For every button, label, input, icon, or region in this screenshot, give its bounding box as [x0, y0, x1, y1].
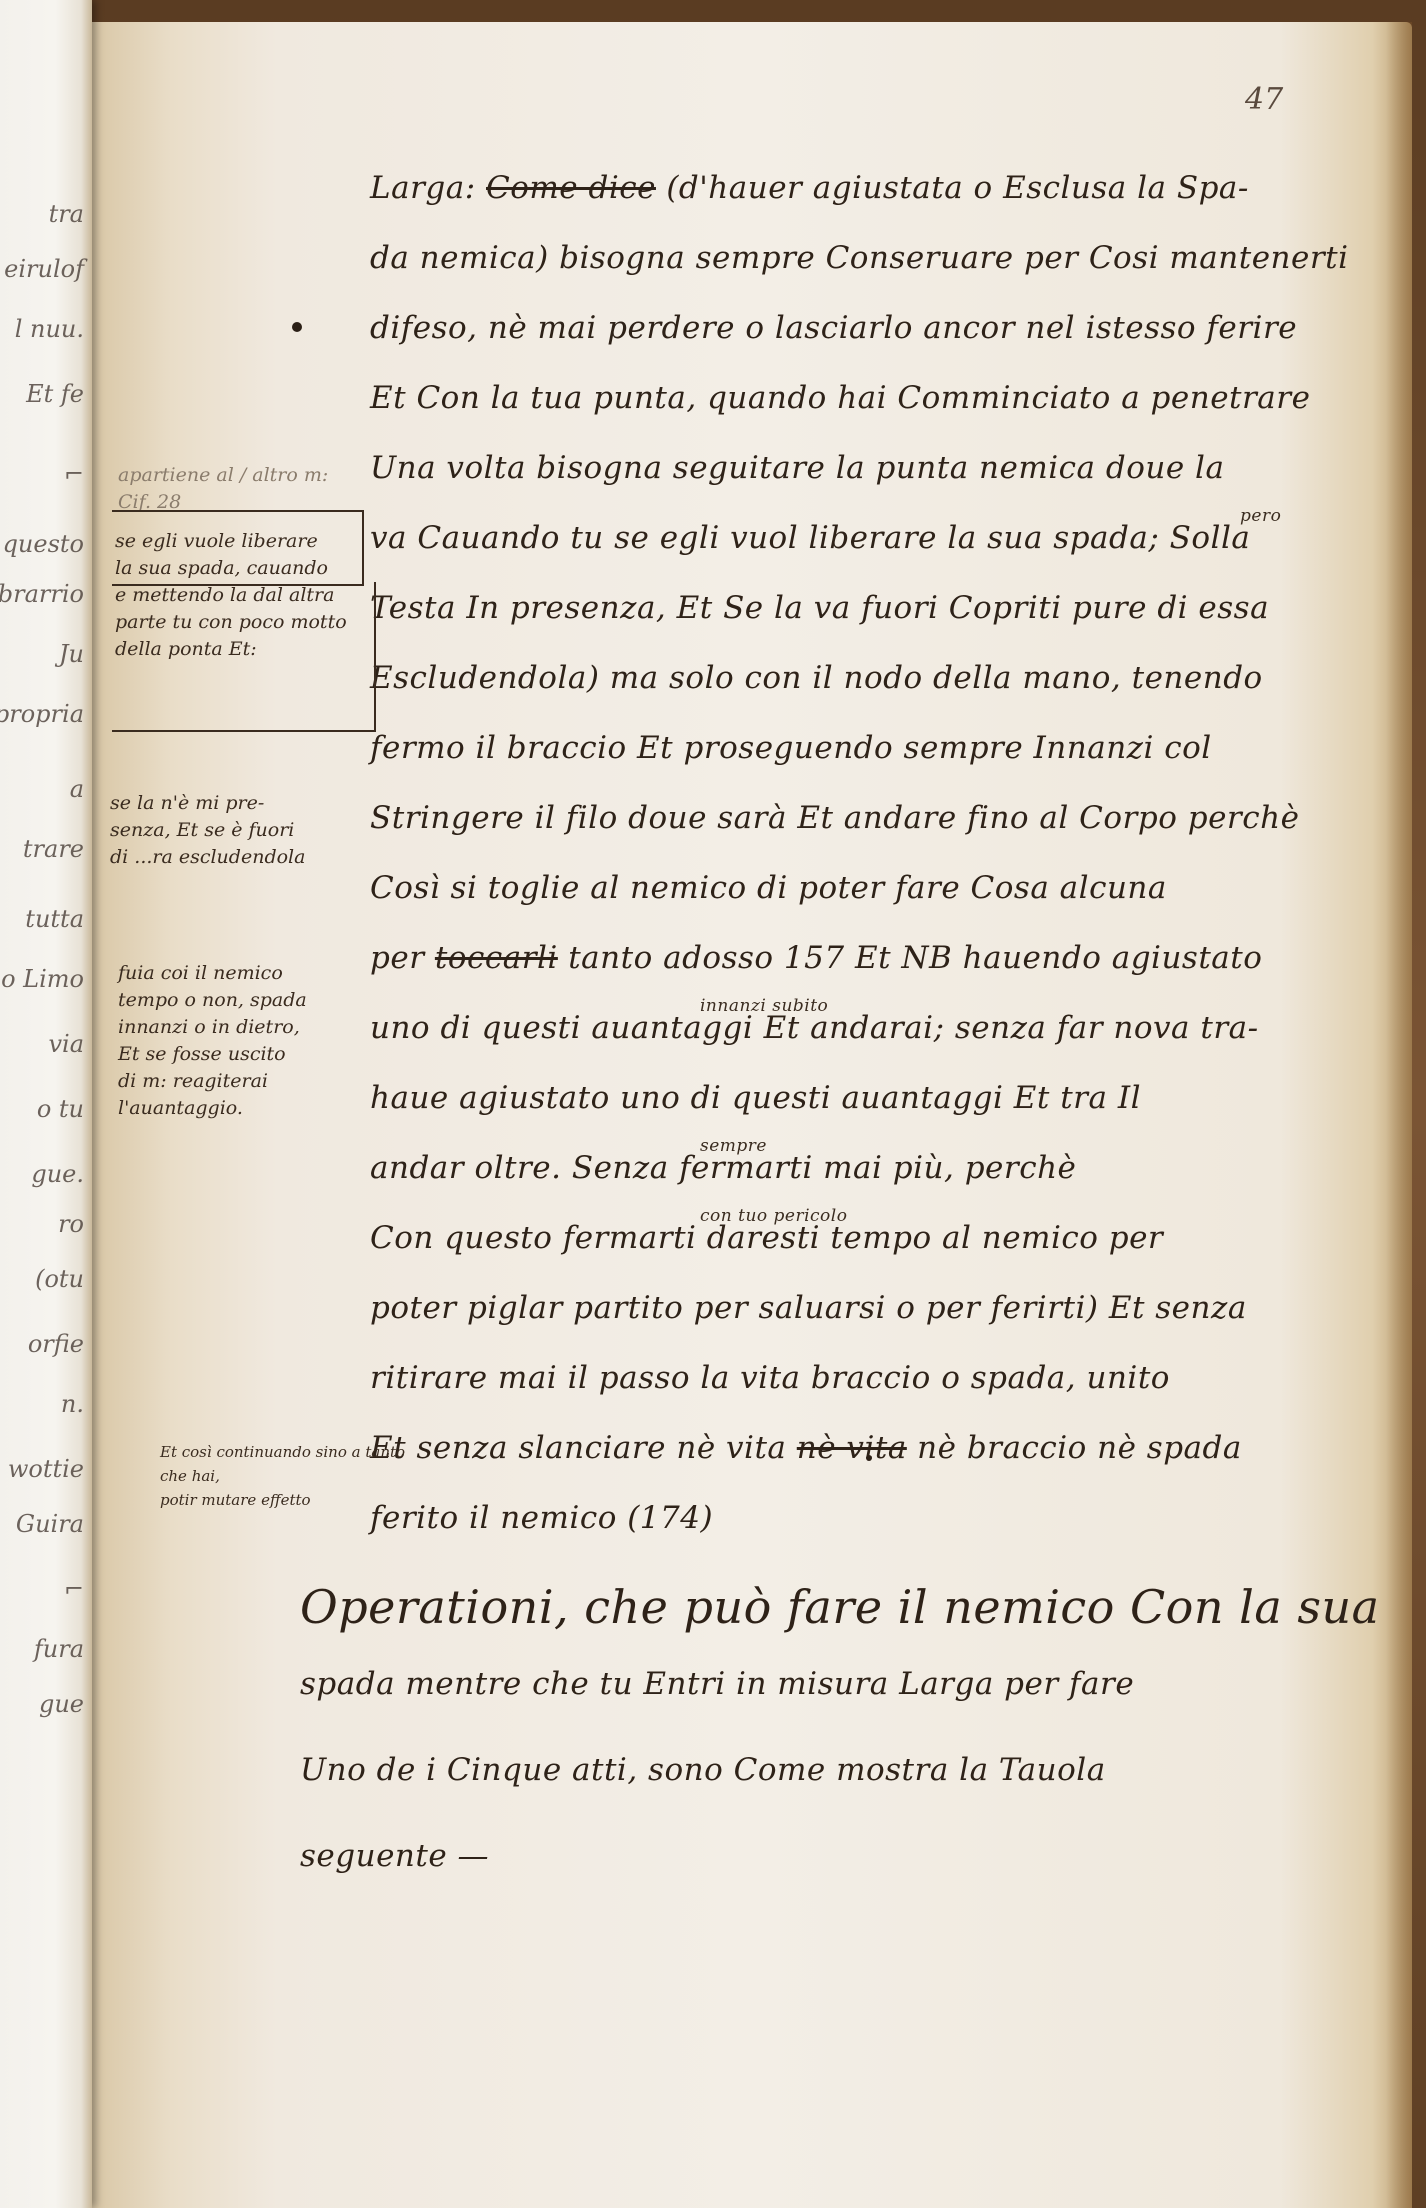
- text-line: Et Con la tua punta, quando hai Comminci…: [370, 380, 1380, 450]
- line-text-rest: tanto adosso 157 Et NB hauendo agiustato: [558, 940, 1263, 976]
- left-page-fragment: tra: [49, 200, 84, 228]
- text-line: Larga: Come dice (d'hauer agiustata o Es…: [370, 170, 1380, 240]
- margin-note-line: fuia coi il nemico: [118, 960, 348, 987]
- struck-text: Come dice: [486, 170, 656, 206]
- left-facing-page: traeirulofl nuu.Et fe⌐questobrarrioJupro…: [0, 0, 92, 2208]
- line-text: Larga:: [370, 170, 486, 206]
- text-line: Uno de i Cinque atti, sono Come mostra l…: [300, 1752, 1380, 1838]
- text-line: haue agiustato uno di questi auantaggi E…: [370, 1080, 1380, 1150]
- line-text: da nemica) bisogna sempre Conseruare per…: [370, 240, 1349, 276]
- left-page-fragment: brarrio: [0, 580, 84, 608]
- interlinear-insertion: pero: [1240, 506, 1281, 526]
- struck-text: nè vita: [797, 1430, 907, 1466]
- line-text: va Cauando tu se egli vuol liberare la s…: [370, 520, 1250, 556]
- line-text: ferito il nemico (174): [370, 1500, 713, 1536]
- left-page-fragment: (otu: [35, 1265, 84, 1293]
- margin-note-bottom: Et così continuando sino a tanto che hai…: [160, 1440, 420, 1512]
- margin-note-line: parte tu con poco motto: [115, 609, 370, 636]
- line-text-rest: (d'hauer agiustata o Esclusa la Spa-: [656, 170, 1249, 206]
- interlinear-insertion: innanzi subito: [700, 996, 828, 1016]
- left-page-fragment: wottie: [8, 1455, 84, 1483]
- text-line: fermo il braccio Et proseguendo sempre I…: [370, 730, 1380, 800]
- left-page-fragment: ⌐: [64, 460, 84, 488]
- text-line: Et senza slanciare nè vita nè vita nè br…: [370, 1430, 1380, 1500]
- text-line: ritirare mai il passo la vita braccio o …: [370, 1360, 1380, 1430]
- margin-note-line: Et così continuando sino a tanto che hai…: [160, 1440, 420, 1488]
- left-page-fragment: ⌐: [64, 1575, 84, 1603]
- line-text: difeso, nè mai perdere o lasciarlo ancor…: [370, 310, 1297, 346]
- text-line: per toccarli tanto adosso 157 Et NB haue…: [370, 940, 1380, 1010]
- margin-note-line: se egli vuole liberare: [115, 528, 370, 555]
- text-line: Testa In presenza, Et Se la va fuori Cop…: [370, 590, 1380, 660]
- line-text: Operationi, che può fare il nemico Con l…: [300, 1580, 1380, 1634]
- left-page-fragment: l nuu.: [15, 315, 84, 343]
- line-text: ritirare mai il passo la vita braccio o …: [370, 1360, 1170, 1396]
- text-line: va Cauando tu se egli vuol liberare la s…: [370, 520, 1380, 590]
- left-page-fragment: orfie: [28, 1330, 84, 1358]
- ink-blot: [292, 322, 302, 332]
- margin-note-line: della ponta Et:: [115, 636, 370, 663]
- line-text: Una volta bisogna seguitare la punta nem…: [370, 450, 1224, 486]
- text-line: Escludendola) ma solo con il nodo della …: [370, 660, 1380, 730]
- text-line: spada mentre che tu Entri in misura Larg…: [300, 1666, 1380, 1752]
- struck-text: toccarli: [435, 940, 558, 976]
- text-line: Con questo fermarti daresti tempo al nem…: [370, 1220, 1380, 1290]
- margin-note-line: di ...ra escludendola: [110, 844, 350, 871]
- line-text: Et Con la tua punta, quando hai Comminci…: [370, 380, 1310, 416]
- text-line: seguente —: [300, 1838, 1380, 1924]
- margin-note-line: innanzi o in dietro,: [118, 1014, 348, 1041]
- left-page-fragment: o Limo: [1, 965, 84, 993]
- line-text: Stringere il filo doue sarà Et andare fi…: [370, 800, 1299, 836]
- margin-note-line: di m: reagiterai: [118, 1068, 348, 1095]
- line-text: Uno de i Cinque atti, sono Come mostra l…: [300, 1752, 1106, 1788]
- line-text: seguente —: [300, 1838, 489, 1874]
- line-text: Escludendola) ma solo con il nodo della …: [370, 660, 1263, 696]
- text-line: difeso, nè mai perdere o lasciarlo ancor…: [370, 310, 1380, 380]
- text-line: Così si toglie al nemico di poter fare C…: [370, 870, 1380, 940]
- line-text: fermo il braccio Et proseguendo sempre I…: [370, 730, 1212, 766]
- ink-dot: [866, 1455, 872, 1461]
- text-line: poter piglar partito per saluarsi o per …: [370, 1290, 1380, 1360]
- line-text: Testa In presenza, Et Se la va fuori Cop…: [370, 590, 1269, 626]
- left-page-fragment: n.: [61, 1390, 84, 1418]
- line-text: spada mentre che tu Entri in misura Larg…: [300, 1666, 1134, 1702]
- margin-note-line: Et se fosse uscito: [118, 1041, 348, 1068]
- main-paragraph: Larga: Come dice (d'hauer agiustata o Es…: [370, 170, 1380, 1570]
- section-operationi: Operationi, che può fare il nemico Con l…: [300, 1580, 1380, 1924]
- margin-note-line: se la n'è mi pre-: [110, 790, 350, 817]
- line-text: Et senza slanciare nè vita: [370, 1430, 797, 1466]
- margin-note-two: se la n'è mi pre-senza, Et se è fuoridi …: [110, 790, 350, 871]
- margin-note-boxed: se egli vuole liberarela sua spada, caua…: [115, 528, 370, 663]
- left-page-fragment: o tu: [37, 1095, 84, 1123]
- margin-note-line: l'auantaggio.: [118, 1095, 348, 1122]
- margin-note-line: la sua spada, cauando: [115, 555, 370, 582]
- left-page-fragment: eirulof: [4, 255, 84, 283]
- text-line: Una volta bisogna seguitare la punta nem…: [370, 450, 1380, 520]
- margin-note-line: e mettendo la dal altra: [115, 582, 370, 609]
- margin-note-faint: apartiene al / altro m: Cif. 28: [118, 462, 358, 516]
- left-page-fragment: gue: [39, 1690, 84, 1718]
- text-line: uno di questi auantaggi Et andarai; senz…: [370, 1010, 1380, 1080]
- left-page-fragment: questo: [3, 530, 84, 558]
- left-page-fragment: trare: [23, 835, 84, 863]
- text-line: Stringere il filo doue sarà Et andare fi…: [370, 800, 1380, 870]
- margin-note-line: senza, Et se è fuori: [110, 817, 350, 844]
- page-edge-shadow: [1386, 22, 1412, 2208]
- text-line: ferito il nemico (174): [370, 1500, 1380, 1570]
- left-page-fragment: tutta: [25, 905, 84, 933]
- left-page-fragment: fura: [34, 1635, 84, 1663]
- margin-note-three: fuia coi il nemicotempo o non, spadainna…: [118, 960, 348, 1122]
- line-text: haue agiustato uno di questi auantaggi E…: [370, 1080, 1141, 1116]
- text-line: andar oltre. Senza fermarti mai più, per…: [370, 1150, 1380, 1220]
- line-text: Così si toglie al nemico di poter fare C…: [370, 870, 1167, 906]
- left-page-fragment: gue.: [31, 1160, 84, 1188]
- left-page-fragment: a: [70, 775, 84, 803]
- left-page-fragment: propria: [0, 700, 84, 728]
- line-text-rest: nè braccio nè spada: [907, 1430, 1242, 1466]
- margin-note-line: tempo o non, spada: [118, 987, 348, 1014]
- interlinear-insertion: con tuo pericolo: [700, 1206, 847, 1226]
- interlinear-insertion: sempre: [700, 1136, 767, 1156]
- left-page-fragment: via: [48, 1030, 84, 1058]
- text-line: Operationi, che può fare il nemico Con l…: [300, 1580, 1380, 1666]
- left-page-fragment: ro: [58, 1210, 84, 1238]
- margin-note-line: potir mutare effetto: [160, 1488, 420, 1512]
- left-page-fragment: Et fe: [26, 380, 84, 408]
- left-page-fragment: Ju: [59, 640, 84, 668]
- text-line: da nemica) bisogna sempre Conseruare per…: [370, 240, 1380, 310]
- left-page-fragment: Guira: [16, 1510, 84, 1538]
- folio-number: 47: [1245, 82, 1283, 117]
- line-text: per: [370, 940, 435, 976]
- line-text: poter piglar partito per saluarsi o per …: [370, 1290, 1247, 1326]
